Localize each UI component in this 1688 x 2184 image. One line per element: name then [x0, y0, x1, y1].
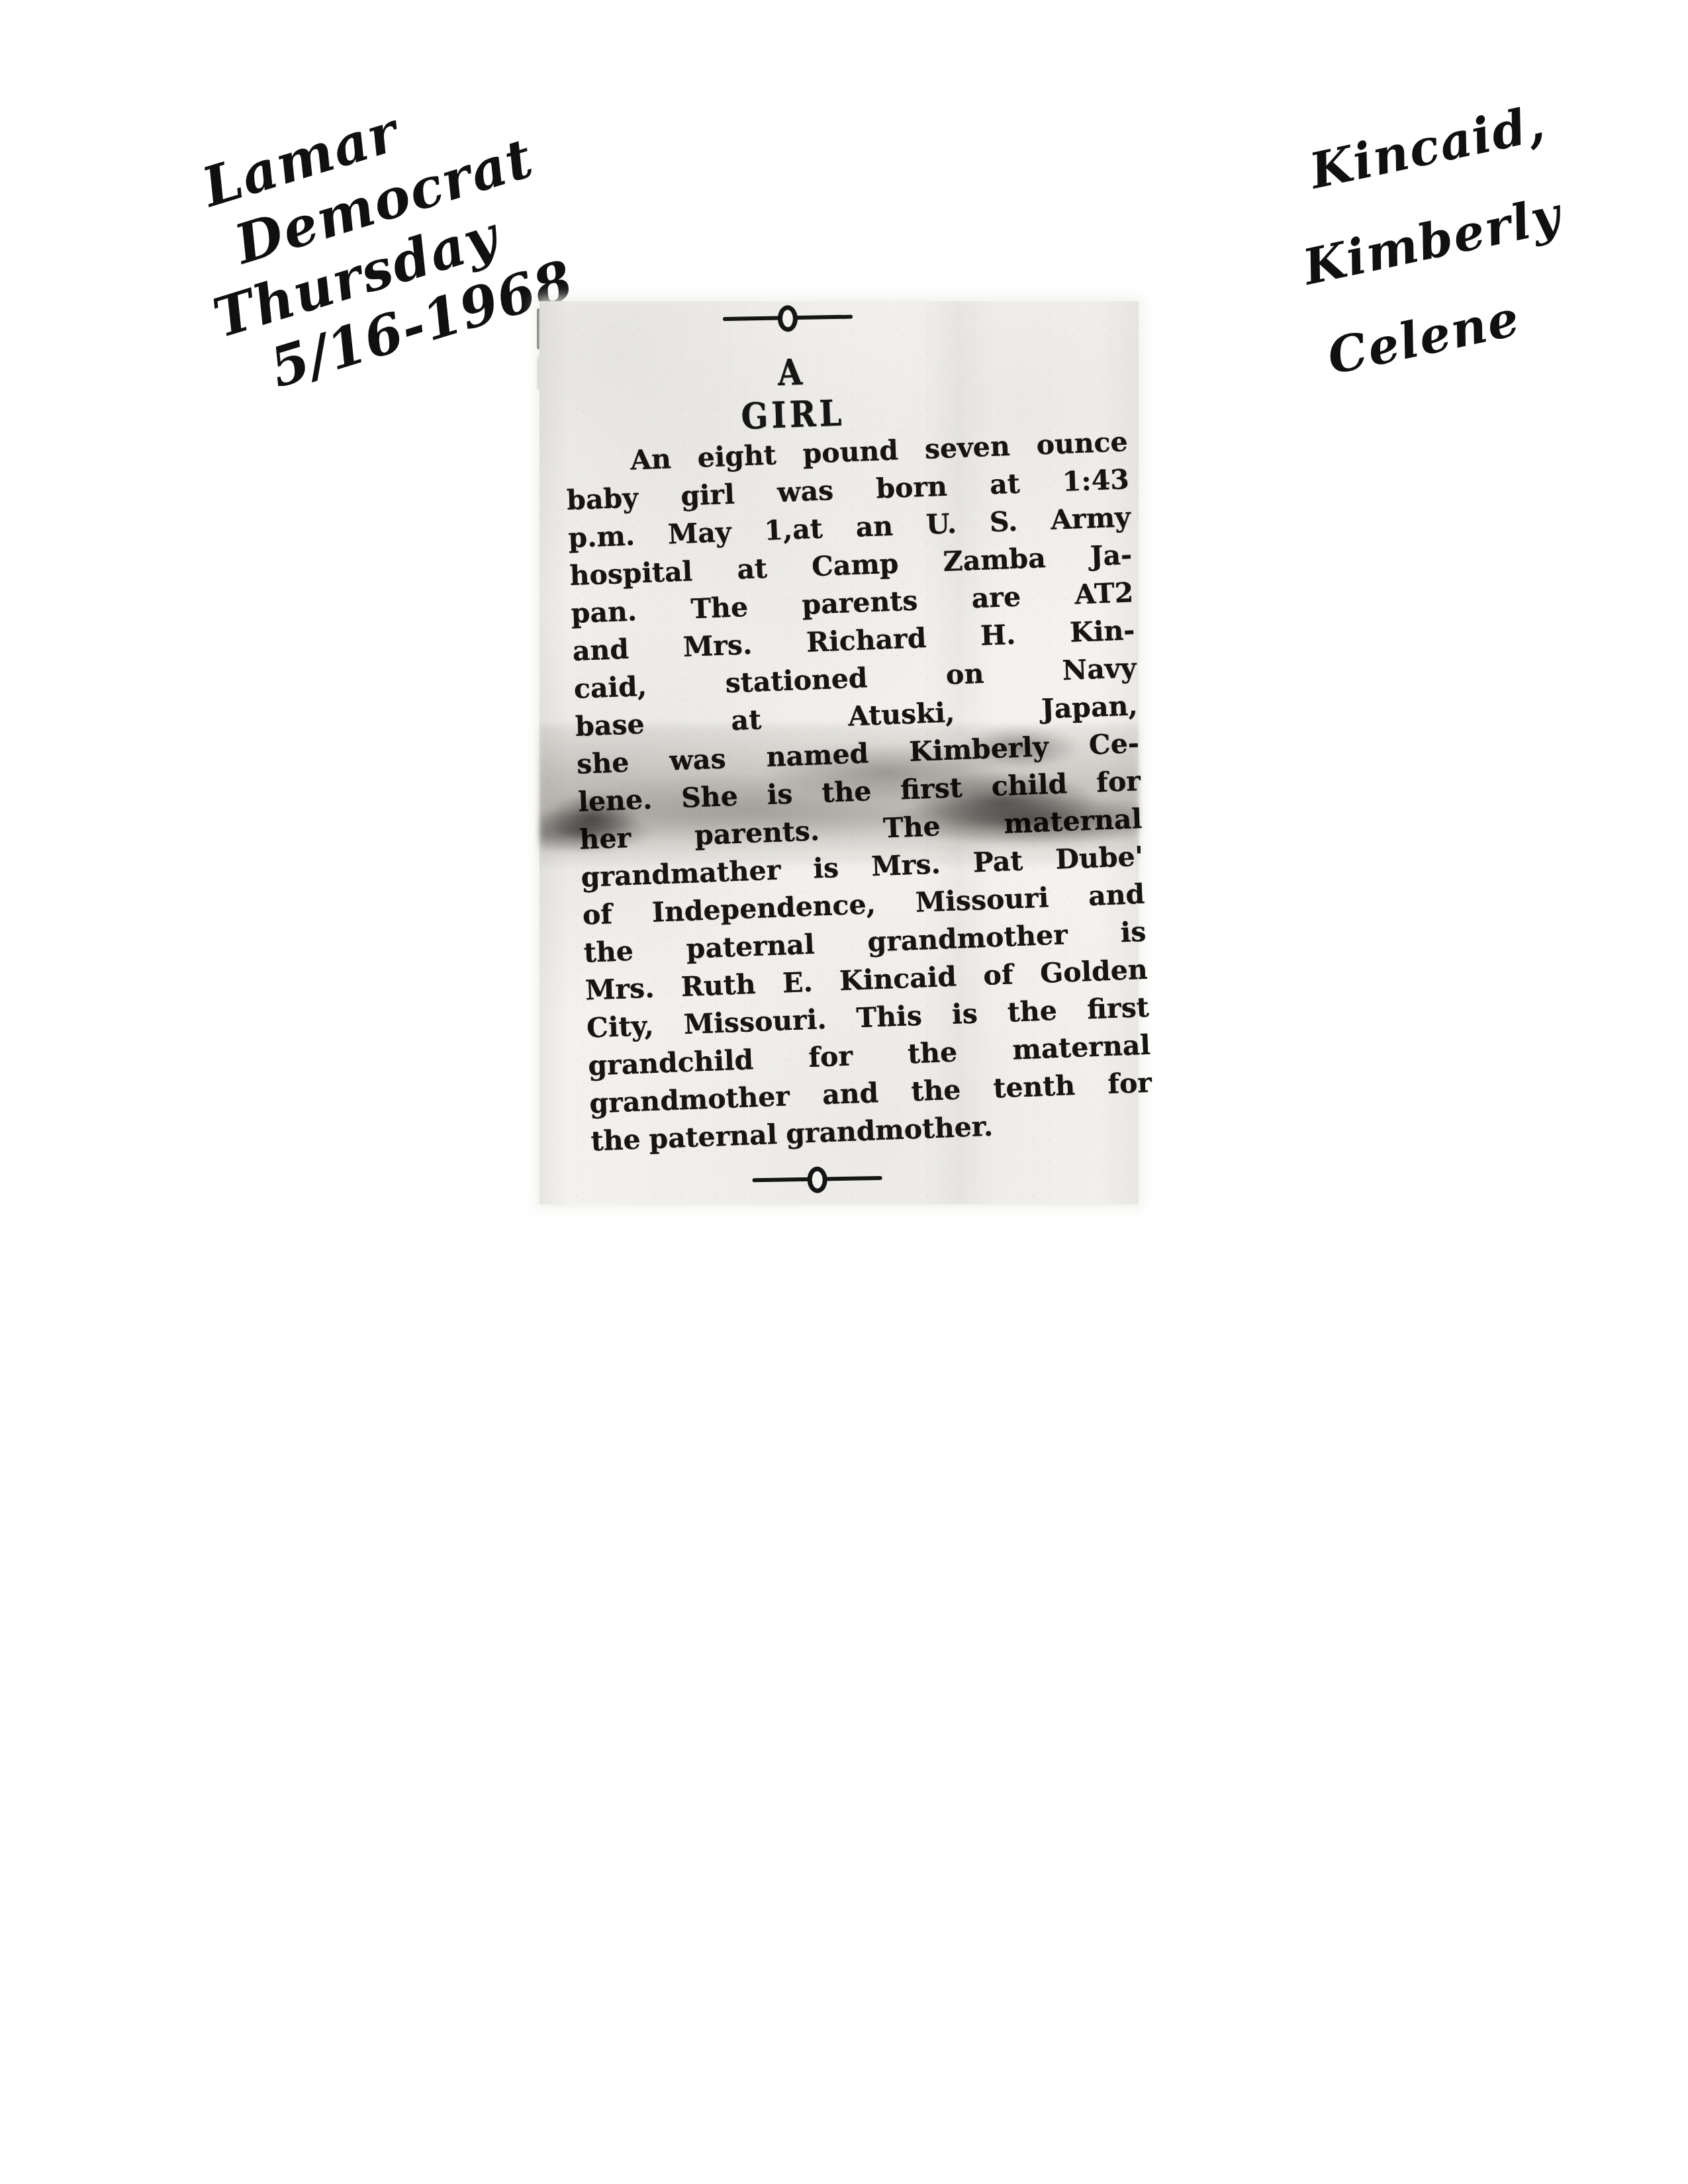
body-word: and — [821, 1077, 879, 1111]
body-word: for — [1107, 1067, 1152, 1100]
body-word: Ja- — [1090, 539, 1133, 572]
handwritten-source-note: Lamar Democrat Thursday 5/16-1968 — [195, 64, 581, 404]
body-word: Golden — [1039, 954, 1148, 989]
body-word: U. — [925, 508, 957, 541]
body-word: for — [808, 1040, 853, 1073]
body-word: pound — [802, 434, 899, 469]
body-word: the — [821, 775, 872, 809]
body-word: maternal — [1012, 1029, 1151, 1066]
body-word: first — [900, 772, 962, 805]
body-word: the — [590, 1124, 641, 1158]
body-word: first — [1086, 991, 1149, 1025]
article-body: Aneightpoundsevenouncebabygirlwasbornat1… — [565, 426, 1154, 1163]
body-word: S. — [989, 506, 1018, 539]
body-word: and — [1088, 878, 1145, 912]
body-word: the — [911, 1073, 962, 1107]
body-word: An — [630, 443, 671, 476]
divider-circle-icon — [807, 1166, 827, 1193]
article-headline: A GIRL — [721, 348, 863, 438]
body-word: The — [690, 591, 749, 625]
body-word: Camp — [811, 547, 899, 582]
ornamental-divider-top-icon — [723, 304, 853, 332]
body-word: She — [680, 780, 738, 814]
body-word: is — [767, 778, 793, 811]
clipping-content: A GIRL Aneightpoundsevenouncebabygirlwas… — [538, 296, 1152, 1210]
body-word: Mrs. — [585, 972, 655, 1007]
body-word: grandmather — [581, 854, 781, 893]
newspaper-clipping: A GIRL Aneightpoundsevenouncebabygirlwas… — [539, 301, 1139, 1205]
body-word: grandmother — [867, 919, 1068, 958]
body-word: caid, — [573, 670, 647, 705]
body-word: H. — [980, 619, 1016, 652]
body-word: grandmother. — [785, 1111, 994, 1150]
body-word: AT2 — [1074, 576, 1134, 610]
body-word: parents. — [694, 815, 820, 851]
body-word: Pat — [972, 845, 1023, 879]
divider-circle-icon — [778, 305, 798, 332]
body-word: named — [766, 737, 869, 773]
body-word: and — [572, 633, 630, 667]
handwritten-name-note: Kincaid, Kimberly Celene — [1292, 77, 1593, 401]
body-word: This — [856, 1000, 923, 1034]
body-word: Japan, — [1041, 690, 1138, 725]
body-word: 1:43 — [1062, 463, 1129, 498]
body-word: Ruth — [680, 968, 756, 1003]
body-word: base — [575, 708, 645, 743]
body-word: Mrs. — [682, 629, 753, 663]
body-word: Dube' — [1055, 841, 1144, 876]
body-word: tenth — [993, 1069, 1076, 1105]
body-word: Richard — [806, 622, 927, 659]
body-word: she — [576, 747, 630, 780]
body-word: City, — [586, 1010, 654, 1044]
body-word: Missouri. — [683, 1003, 827, 1040]
body-word: Kincaid — [839, 961, 957, 997]
body-word: at — [989, 467, 1020, 500]
body-word: Army — [1050, 501, 1131, 535]
body-word: on — [945, 658, 984, 691]
body-word: of — [582, 898, 613, 931]
body-word: eight — [697, 439, 777, 473]
body-word: Atuski, — [847, 696, 955, 732]
body-word: paternal — [649, 1118, 778, 1155]
body-word: baby — [566, 482, 638, 516]
body-word: grandchild — [588, 1044, 755, 1081]
body-word: of — [983, 958, 1014, 991]
body-word: at — [731, 704, 762, 737]
body-word: 1,at — [764, 513, 823, 547]
body-word: E. — [782, 966, 813, 999]
body-word: grandmother — [589, 1080, 790, 1119]
body-word: girl — [680, 478, 735, 512]
body-word: is — [1120, 916, 1147, 948]
body-word: the — [583, 935, 634, 969]
body-word: maternal — [1004, 803, 1143, 840]
body-word: hospital — [569, 555, 693, 592]
body-word: ounce — [1036, 426, 1129, 461]
body-word: pan. — [571, 595, 637, 629]
body-word: May — [667, 516, 732, 551]
body-word: was — [776, 475, 834, 508]
body-word: are — [971, 581, 1021, 615]
body-word: born — [876, 471, 948, 505]
body-word: stationed — [725, 662, 868, 699]
scanned-page: Lamar Democrat Thursday 5/16-1968 Kincai… — [0, 0, 1688, 2184]
body-word: Ce- — [1088, 727, 1139, 761]
ornamental-divider-bottom-icon — [752, 1165, 882, 1193]
body-word: paternal — [686, 929, 815, 965]
paragraph-indent — [566, 471, 604, 472]
body-word: parents — [802, 584, 918, 621]
body-word: the — [1007, 995, 1058, 1028]
body-word: Missouri — [915, 882, 1049, 919]
body-word: Kin- — [1069, 614, 1135, 649]
body-word: p.m. — [568, 520, 635, 554]
body-word: at — [736, 553, 767, 586]
body-word: is — [951, 997, 978, 1030]
body-word: an — [855, 510, 894, 543]
body-word: is — [813, 852, 839, 884]
body-word: seven — [924, 430, 1011, 465]
body-word: for — [1096, 765, 1141, 798]
body-word: child — [991, 768, 1068, 802]
body-word: the — [907, 1036, 958, 1070]
body-word: Navy — [1062, 652, 1137, 686]
body-word: Zamba — [943, 542, 1047, 578]
body-word: her — [579, 822, 632, 856]
body-word: lene. — [578, 784, 653, 818]
body-word: was — [669, 743, 727, 776]
body-word: The — [882, 810, 941, 844]
body-word: Mrs. — [871, 848, 941, 882]
body-word: Kimberly — [909, 731, 1049, 768]
